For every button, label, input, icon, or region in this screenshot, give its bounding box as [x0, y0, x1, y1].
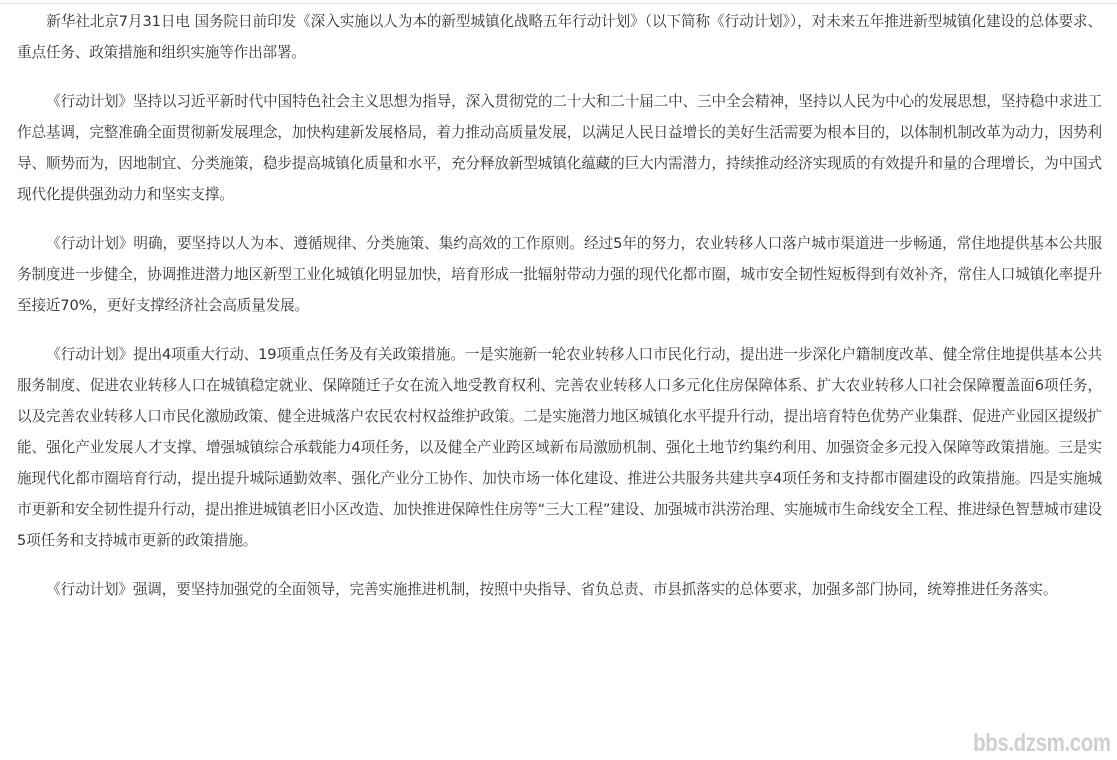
- paragraph-lead: 新华社北京7月31日电 国务院日前印发《深入实施以人为本的新型城镇化战略五年行动…: [17, 6, 1102, 68]
- article-body: 新华社北京7月31日电 国务院日前印发《深入实施以人为本的新型城镇化战略五年行动…: [17, 6, 1102, 623]
- paragraph-guiding-thought: 《行动计划》坚持以习近平新时代中国特色社会主义思想为指导，深入贯彻党的二十大和二…: [17, 86, 1102, 210]
- paragraph-leadership: 《行动计划》强调，要坚持加强党的全面领导，完善实施推进机制，按照中央指导、省负总…: [17, 574, 1102, 605]
- paragraph-principles: 《行动计划》明确，要坚持以人为本、遵循规律、分类施策、集约高效的工作原则。经过5…: [17, 228, 1102, 321]
- top-divider: [0, 3, 1117, 4]
- paragraph-actions: 《行动计划》提出4项重大行动、19项重点任务及有关政策措施。一是实施新一轮农业转…: [17, 339, 1102, 556]
- site-watermark: bbs.dzsm.com: [974, 729, 1111, 758]
